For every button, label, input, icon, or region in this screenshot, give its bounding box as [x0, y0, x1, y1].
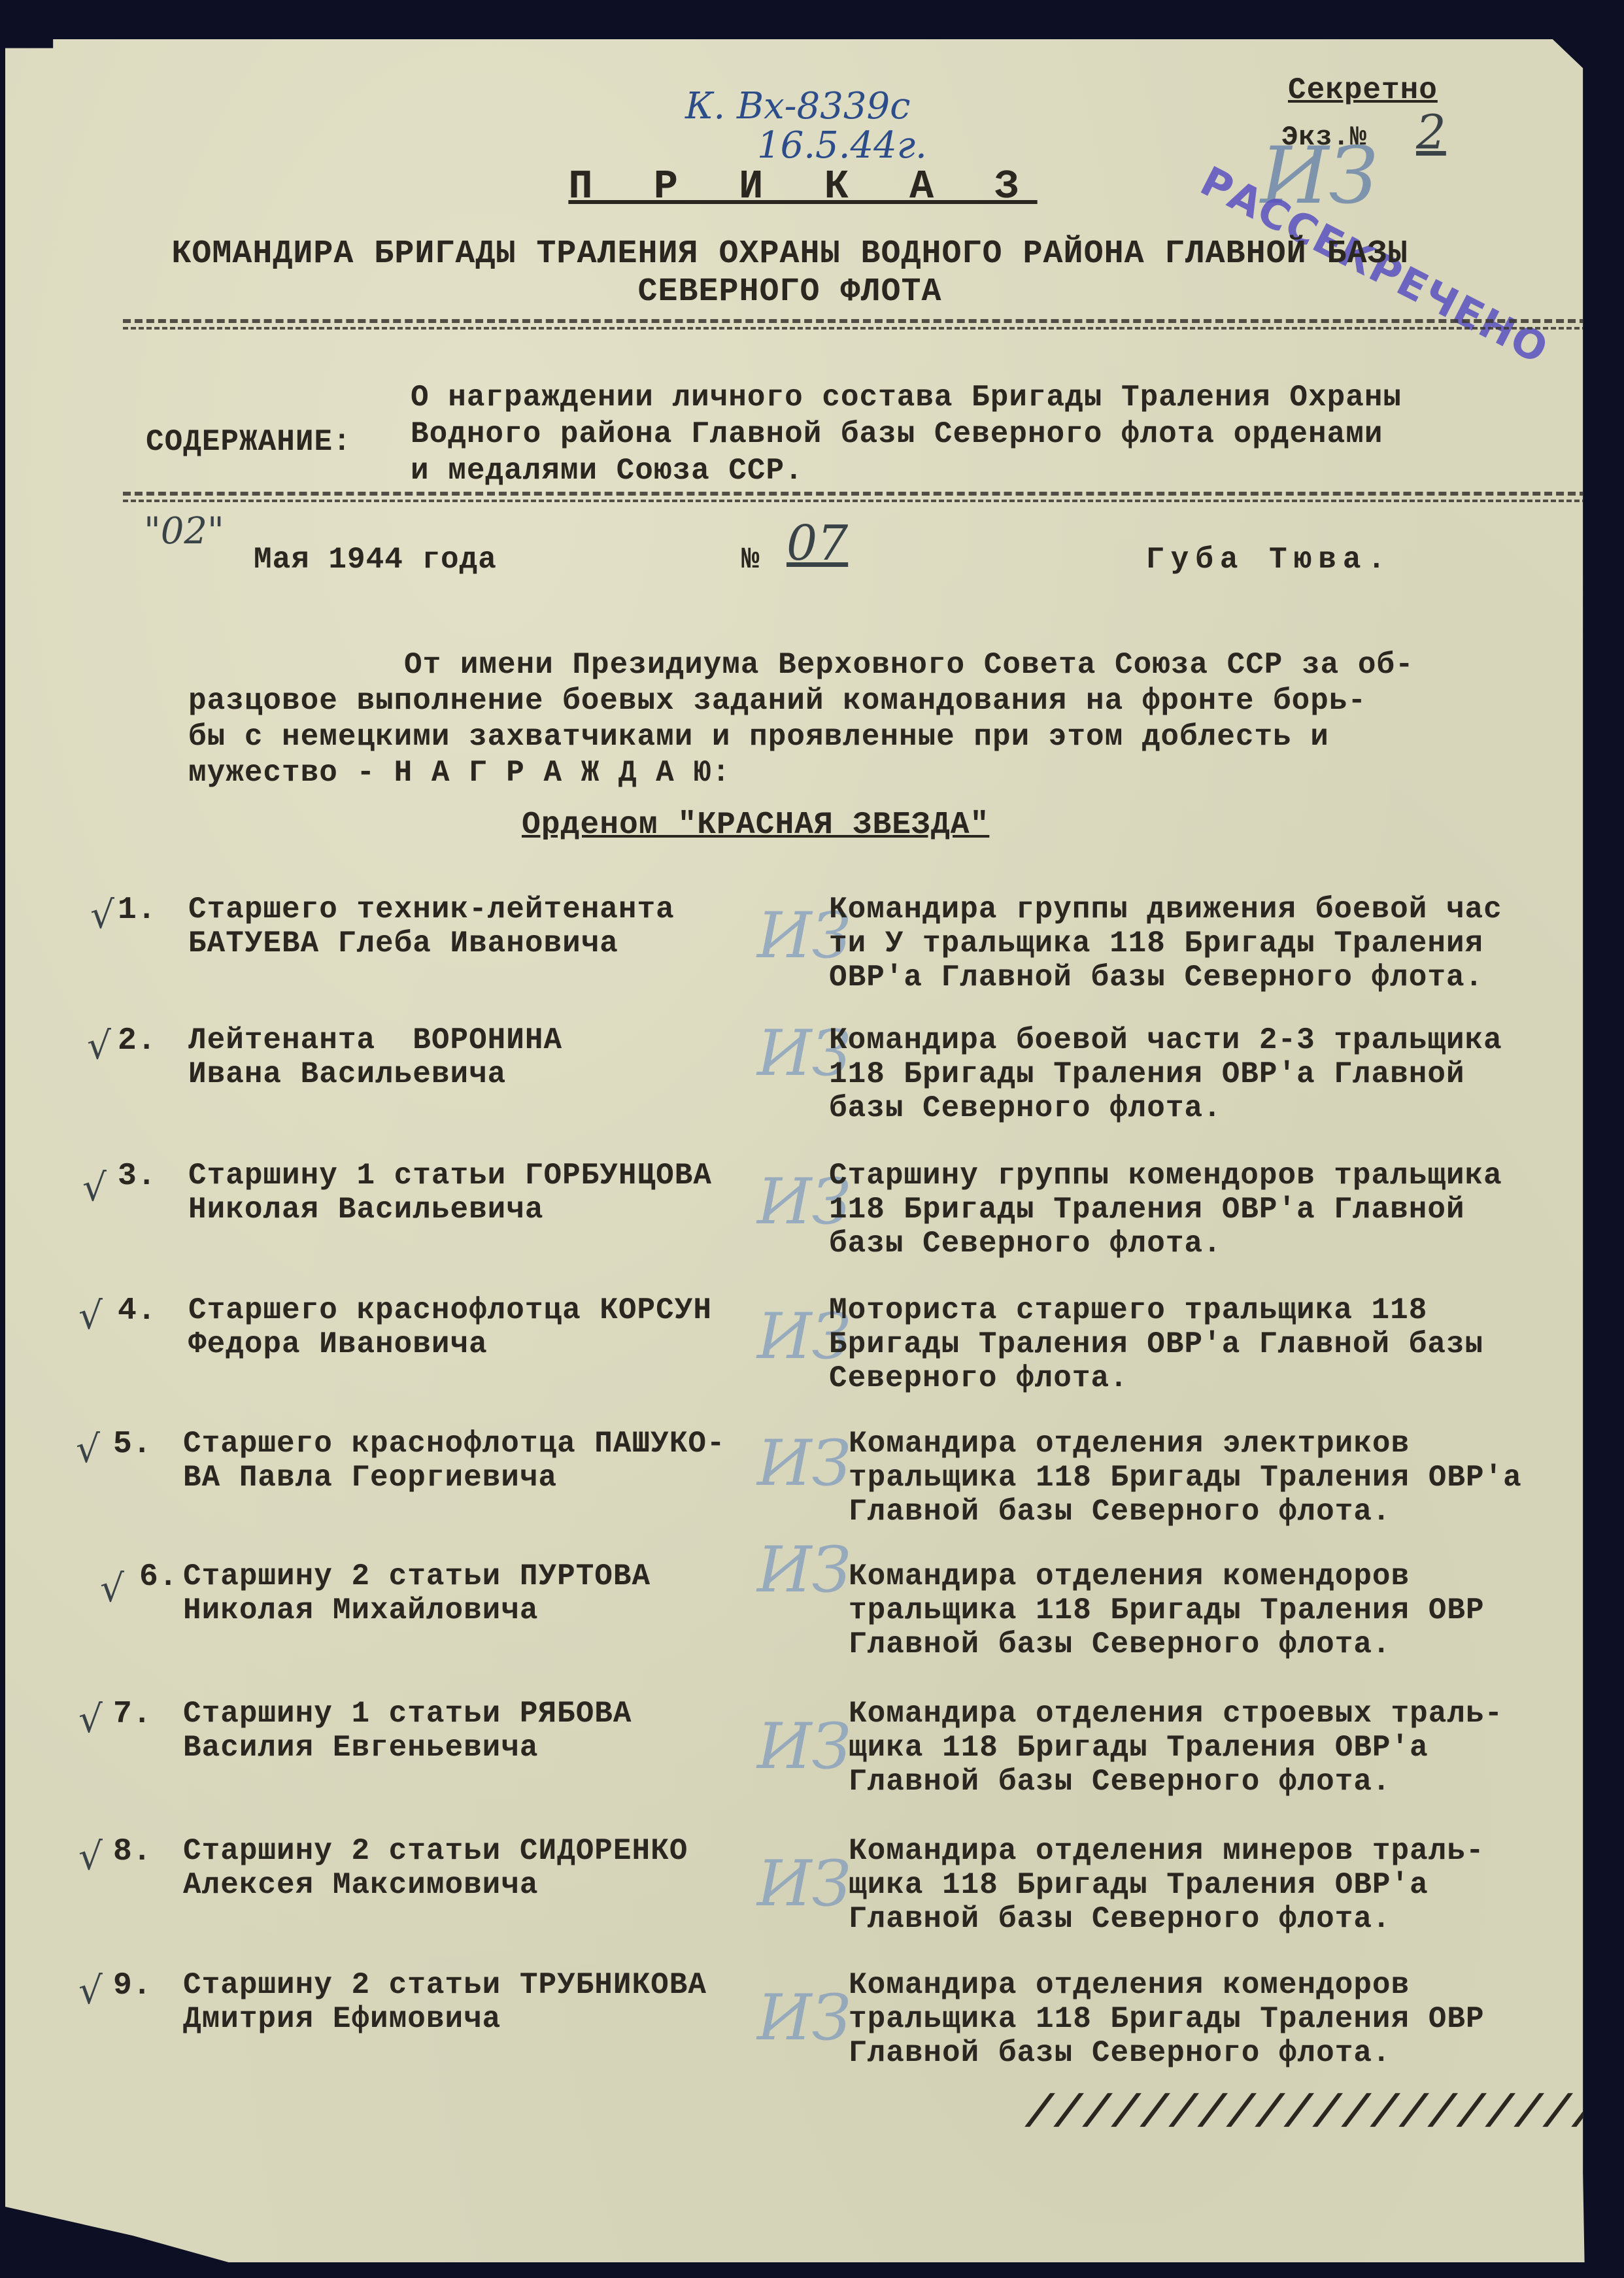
preamble-line: бы с немецкими захватчиками и проявленны… — [188, 719, 1594, 755]
award-number: 4. — [118, 1293, 157, 1329]
award-recipient: Старшину 1 статьи РЯБОВА Василия Евгенье… — [183, 1697, 632, 1765]
award-number: 5. — [113, 1427, 152, 1462]
check-mark-icon: √ — [90, 892, 114, 937]
award-position: Командира отделения минеров траль- щика … — [849, 1834, 1485, 1936]
award-position: Командира группы движения боевой час ти … — [829, 892, 1502, 994]
handwritten-initials: ИЗ — [757, 1981, 851, 2054]
check-mark-icon: √ — [78, 1293, 103, 1338]
award-number: 1. — [118, 892, 157, 928]
check-mark-icon: √ — [82, 1165, 107, 1210]
handwritten-initials: ИЗ — [757, 1847, 851, 1920]
order-day: "02" — [144, 510, 224, 552]
award-position: Командира боевой части 2-3 тральщика 118… — [829, 1023, 1502, 1125]
award-heading: Орденом "КРАСНАЯ ЗВЕЗДА" — [522, 807, 989, 843]
award-position: Моториста старшего тральщика 118 Бригады… — [829, 1293, 1483, 1395]
subtitle-line: СЕВЕРНОГО ФЛОТА — [71, 273, 1509, 311]
award-recipient: Старшину 2 статьи ПУРТОВА Николая Михайл… — [183, 1559, 651, 1627]
handwritten-initials: ИЗ — [757, 1427, 851, 1500]
content-line: О награждении личного состава Бригады Тр… — [411, 379, 1587, 416]
preamble-line: разцовое выполнение боевых заданий коман… — [188, 683, 1594, 719]
award-position: Командира отделения комендоров тральщика… — [849, 1559, 1485, 1661]
document-title: П Р И К А З — [5, 163, 1600, 210]
award-recipient: Старшину 1 статьи ГОРБУНЦОВА Николая Вас… — [188, 1159, 712, 1227]
check-mark-icon: √ — [87, 1023, 111, 1068]
order-number-label: № — [741, 543, 760, 577]
award-recipient: Старшего техник-лейтенанта БАТУЕВА Глеба… — [188, 892, 675, 960]
order-place: Губа Тюва. — [1146, 543, 1392, 577]
subtitle-line: КОМАНДИРА БРИГАДЫ ТРАЛЕНИЯ ОХРАНЫ ВОДНОГ… — [71, 235, 1509, 273]
award-position: Командира отделения электриков тральщика… — [849, 1427, 1522, 1529]
check-mark-icon: √ — [78, 1697, 103, 1741]
content-text: О награждении личного состава Бригады Тр… — [411, 379, 1587, 489]
handwritten-initials: ИЗ — [757, 1533, 851, 1606]
award-number: 9. — [113, 1968, 152, 2003]
award-position: Командира отделения комендоров тральщика… — [849, 1968, 1485, 2070]
handwritten-initials: ИЗ — [757, 1710, 851, 1783]
award-number: 6. — [139, 1559, 178, 1595]
divider-bottom-2 — [123, 500, 1587, 502]
award-recipient: Старшего краснофлотца ПАШУКО- ВА Павла Г… — [183, 1427, 726, 1495]
award-recipient: Лейтенанта ВОРОНИНА Ивана Васильевича — [188, 1023, 562, 1091]
preamble-line: мужество - Н А Г Р А Ж Д А Ю: — [188, 755, 1594, 791]
content-line: и медалями Союза ССР. — [411, 452, 1587, 489]
order-number: 07 — [787, 515, 848, 571]
divider-bottom — [123, 492, 1587, 496]
content-line: Водного района Главной базы Северного фл… — [411, 416, 1587, 452]
award-recipient: Старшину 2 статьи СИДОРЕНКО Алексея Макс… — [183, 1834, 688, 1902]
award-number: 3. — [118, 1159, 157, 1194]
copy-number: 2 — [1416, 105, 1446, 160]
award-recipient: Старшего краснофлотца КОРСУН Федора Иван… — [188, 1293, 712, 1361]
document-subtitle: КОМАНДИРА БРИГАДЫ ТРАЛЕНИЯ ОХРАНЫ ВОДНОГ… — [71, 235, 1509, 311]
order-month-year: Мая 1944 года — [254, 543, 497, 577]
content-label: СОДЕРЖАНИЕ: — [146, 425, 352, 459]
classification-label: Секретно — [1288, 73, 1438, 107]
preamble-line: От имени Президиума Верховного Совета Со… — [188, 647, 1594, 683]
award-number: 7. — [113, 1697, 152, 1732]
registration-date: 16.5.44г. — [757, 124, 927, 167]
registration-number: К. Вх-8339с — [685, 85, 910, 127]
award-number: 8. — [113, 1834, 152, 1869]
divider-top — [123, 319, 1587, 323]
end-of-list-hatching: ////////////////////// — [1020, 2089, 1624, 2141]
award-recipient: Старшину 2 статьи ТРУБНИКОВА Дмитрия Ефи… — [183, 1968, 707, 2036]
award-number: 2. — [118, 1023, 157, 1059]
check-mark-icon: √ — [100, 1566, 124, 1610]
divider-top-2 — [123, 327, 1587, 330]
document-page: Секретно Экз.№ 2 ИЗ РАССЕКРЕЧЕНО К. Вх-8… — [5, 39, 1600, 2262]
award-position: Командира отделения строевых траль- щика… — [849, 1697, 1503, 1799]
check-mark-icon: √ — [78, 1834, 103, 1878]
preamble: От имени Президиума Верховного Совета Со… — [188, 647, 1594, 791]
check-mark-icon: √ — [76, 1427, 100, 1471]
award-position: Старшину группы комендоров тральщика 118… — [829, 1159, 1502, 1261]
check-mark-icon: √ — [78, 1968, 103, 2013]
